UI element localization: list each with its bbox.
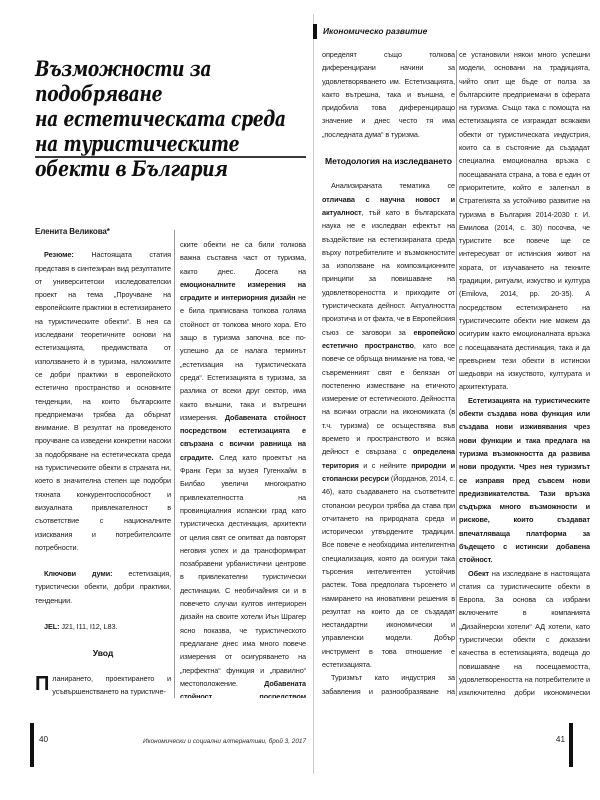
paragraph: определят също толкова диференцирани нач… bbox=[322, 48, 455, 141]
title-rule bbox=[35, 156, 306, 158]
abstract-paragraph: Резюме: Настоящата статия представя в си… bbox=[35, 248, 171, 554]
section-heading: Методология на изследването bbox=[322, 155, 455, 168]
journal-spread: Възможности за подобряване на естетическ… bbox=[0, 0, 600, 800]
drop-cap: П bbox=[35, 672, 52, 696]
left-page-column-rule bbox=[174, 230, 175, 698]
page-gutter-line bbox=[313, 14, 314, 774]
keywords-paragraph: Ключови думи: естетизация, туристически … bbox=[35, 567, 171, 607]
right-page-column-rule bbox=[456, 50, 457, 696]
paragraph: Анализираната тематика се отличава с нау… bbox=[322, 179, 455, 671]
paragraph: Естетизацията на туристическите обекти с… bbox=[459, 394, 590, 567]
running-header: Икономическо развитие bbox=[323, 26, 427, 36]
article-title: Възможности за подобряване на естетическ… bbox=[35, 56, 306, 181]
footnote-block: * Еленита Великова е доктор, доцент в ка… bbox=[35, 698, 171, 703]
right-footer-bar bbox=[569, 723, 573, 767]
right-page-number: 41 bbox=[535, 735, 565, 744]
article-title-line-2: на естетическата среда bbox=[35, 106, 306, 131]
paragraph: Обект на изследване в настоящата статия … bbox=[459, 567, 590, 698]
intro-paragraph: Планирането, проектирането и усъвършенст… bbox=[35, 672, 171, 699]
section-heading-intro: Увод bbox=[35, 647, 171, 660]
intro-paragraph-text: ланирането, проектирането и усъвършенств… bbox=[52, 674, 171, 696]
right-page-column-2: се установили някои много успешни модели… bbox=[459, 48, 590, 698]
article-title-line-1: Възможности за подобряване bbox=[35, 56, 306, 106]
left-page-column-1: Еленита Великова* Резюме: Настоящата ста… bbox=[35, 225, 171, 703]
left-page-number: 40 bbox=[39, 735, 48, 744]
journal-footer-line: Икономически и социални алтернативи, бро… bbox=[96, 738, 306, 745]
jel-codes: JEL: J21, I11, I12, L83. bbox=[35, 620, 171, 633]
paragraph: се установили някои много успешни модели… bbox=[459, 48, 590, 394]
paragraph: ските обекти не са били толкова важна съ… bbox=[180, 238, 306, 698]
left-page-column-2: ските обекти не са били толкова важна съ… bbox=[180, 238, 306, 698]
running-header-bar bbox=[313, 24, 317, 39]
paragraph: Туризмът като индустрия за забавления и … bbox=[322, 671, 455, 698]
left-footer-bar bbox=[30, 723, 34, 767]
right-page-column-1: определят също толкова диференцирани нач… bbox=[322, 48, 455, 698]
author-name: Еленита Великова* bbox=[35, 225, 171, 238]
